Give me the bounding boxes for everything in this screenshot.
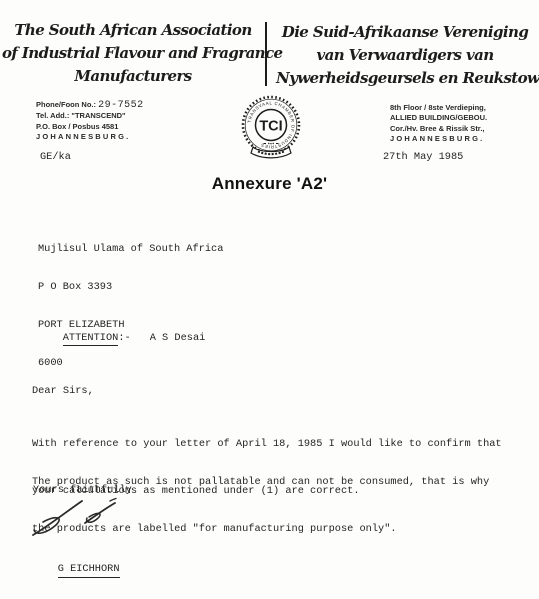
org-name-afrikaans: Die Suid-Afrikaanse Vereniging van Verwa… <box>276 21 534 90</box>
seal-monogram: TCI <box>259 119 282 135</box>
city-line: JOHANNESBURG. <box>390 134 487 144</box>
tci-seal-icon: TCI TRANSVAAL CHAMBER OF INDUSTRIES <box>238 95 304 161</box>
org-name-english: The South African Association of Industr… <box>2 19 264 88</box>
org-name-afrikaans-line1: Die Suid-Afrikaanse Vereniging <box>276 21 534 44</box>
closing-phrase: Yours faithfully <box>33 484 132 496</box>
phone-number: 29-7552 <box>98 100 144 111</box>
reference-code: GE/ka <box>40 151 71 163</box>
building-line: ALLIED BUILDING/GEBOU. <box>390 113 487 123</box>
org-name-afrikaans-line3: Nywerheidsgeursels en Reukstowwe <box>276 67 534 90</box>
org-name-afrikaans-line2: van Verwaardigers van <box>276 44 534 67</box>
attention-line: ATTENTION:-A S Desai <box>38 320 205 356</box>
header-divider <box>265 22 267 86</box>
street-line: Cor./Hv. Bree & Rissik Str., <box>390 124 487 134</box>
scanned-letter-page: The South African Association of Industr… <box>0 0 539 599</box>
annexure-title: Annexure 'A2' <box>0 174 539 194</box>
attention-label: ATTENTION <box>63 332 119 346</box>
contact-block-left: Phone/Foon No.: 29-7552 Tel. Add.: "TRAN… <box>36 100 144 142</box>
recipient-address: Mujlisul Ulama of South Africa P O Box 3… <box>38 218 223 394</box>
recipient-postal-code: 6000 <box>38 357 223 370</box>
salutation: Dear Sirs, <box>32 385 94 397</box>
attention-name: A S Desai <box>150 332 206 344</box>
recipient-name: Mujlisul Ulama of South Africa <box>38 243 223 256</box>
phone-line: Phone/Foon No.: 29-7552 <box>36 100 144 111</box>
org-name-english-line1: The South African Association <box>2 19 264 42</box>
city-line: JOHANNESBURG. <box>36 132 144 142</box>
contact-block-right: 8th Floor / 8ste Verdieping, ALLIED BUIL… <box>390 103 487 144</box>
handwritten-signature <box>30 496 122 540</box>
signature-stroke <box>85 503 115 523</box>
floor-line: 8th Floor / 8ste Verdieping, <box>390 103 487 113</box>
recipient-po-box: P O Box 3393 <box>38 281 223 294</box>
org-name-english-line3: Manufacturers <box>2 65 264 88</box>
signature-stroke <box>110 499 116 502</box>
phone-label: Phone/Foon No.: <box>36 100 96 109</box>
telegraph-line: Tel. Add.: "TRANSCEND" <box>36 111 144 121</box>
signatory-name: G EICHHORN <box>33 551 120 587</box>
letter-date: 27th May 1985 <box>383 151 463 163</box>
po-box-line: P.O. Box / Posbus 4581 <box>36 122 144 132</box>
org-name-english-line2: of Industrial Flavour and Fragrance <box>2 42 264 65</box>
attention-separator: :- <box>118 332 130 344</box>
